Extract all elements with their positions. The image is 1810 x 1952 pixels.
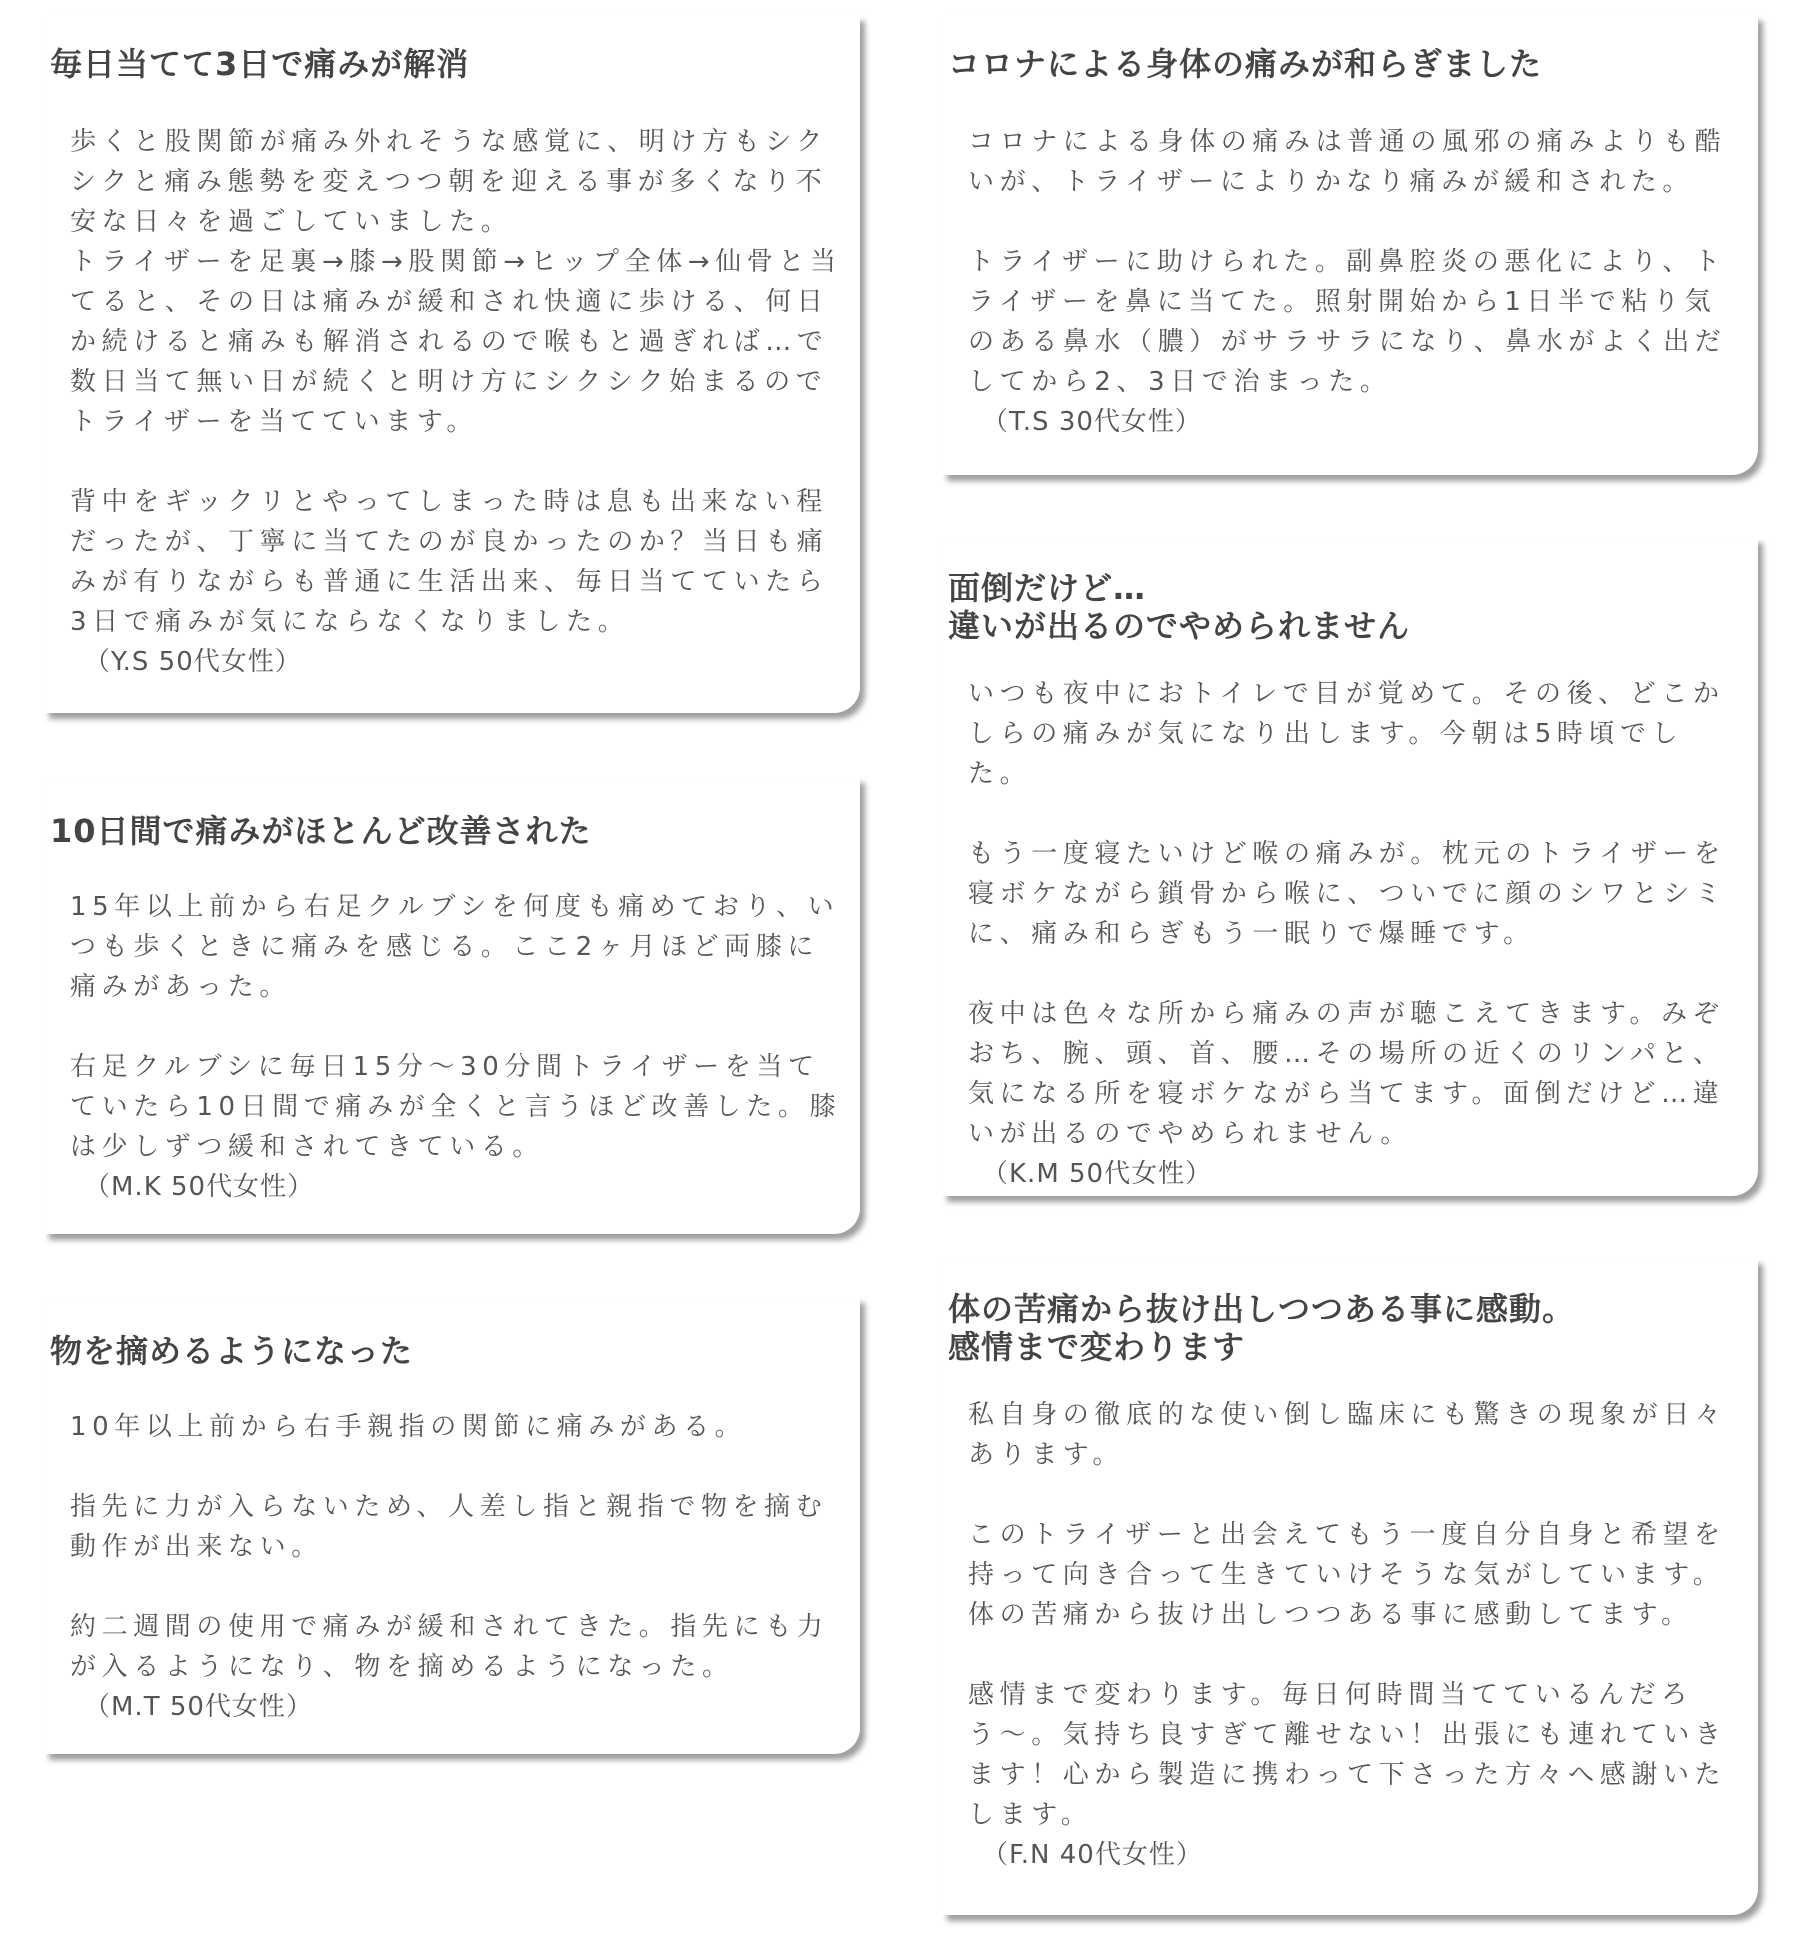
testimonial-paragraph: 夜中は色々な所から痛みの声が聴こえてきます。みぞおち、腕、頭、首、腰…その場所の… <box>968 994 1740 1154</box>
testimonial-paragraph: 指先に力が入らないため、人差し指と親指で物を摘む動作が出来ない。 <box>70 1487 842 1567</box>
testimonial-card: 10日間で痛みがほとんど改善された 15年以上前から右足クルブシを何度も痛めてお… <box>44 777 860 1234</box>
testimonial-body: 私自身の徹底的な使い倒し臨床にも驚きの現象が日々あります。 このトライザーと出会… <box>968 1395 1740 1875</box>
testimonial-author: （F.N 40代女性） <box>968 1835 1740 1875</box>
testimonial-paragraph: 背中をギックリとやってしまった時は息も出来ない程だったが、丁寧に当てたのが良かっ… <box>70 482 842 642</box>
testimonial-title: 物を摘めるようになった <box>50 1332 413 1370</box>
testimonial-card: 体の苦痛から抜け出しつつある事に感動。 感情まで変わります 私自身の徹底的な使い… <box>942 1258 1758 1915</box>
testimonial-body: 15年以上前から右足クルブシを何度も痛めており、いつも歩くときに痛みを感じる。こ… <box>70 887 842 1207</box>
testimonial-paragraph: 歩くと股関節が痛み外れそうな感覚に、明け方もシクシクと痛み態勢を変えつつ朝を迎え… <box>70 122 842 442</box>
testimonial-paragraph: トライザーに助けられた。副鼻腔炎の悪化により、トライザーを鼻に当てた。照射開始か… <box>968 242 1740 402</box>
testimonial-body: コロナによる身体の痛みは普通の風邪の痛みよりも酷いが、トライザーによりかなり痛み… <box>968 122 1740 442</box>
testimonial-body: いつも夜中におトイレで目が覚めて。その後、どこかしらの痛みが気になり出します。今… <box>968 674 1740 1194</box>
testimonial-author: （Y.S 50代女性） <box>70 642 842 682</box>
testimonial-card: 物を摘めるようになった 10年以上前から右手親指の関節に痛みがある。 指先に力が… <box>44 1297 860 1754</box>
testimonial-paragraph: 感情まで変わります。毎日何時間当てているんだろう〜。気持ち良すぎて離せない！出張… <box>968 1675 1740 1835</box>
testimonial-paragraph: 15年以上前から右足クルブシを何度も痛めており、いつも歩くときに痛みを感じる。こ… <box>70 887 842 1007</box>
testimonial-title: 体の苦痛から抜け出しつつある事に感動。 感情まで変わります <box>948 1290 1575 1366</box>
testimonial-card: 毎日当てて3日で痛みが解消 歩くと股関節が痛み外れそうな感覚に、明け方もシクシク… <box>44 15 860 713</box>
testimonial-paragraph: このトライザーと出会えてもう一度自分自身と希望を持って向き合って生きていけそうな… <box>968 1515 1740 1635</box>
testimonial-paragraph: いつも夜中におトイレで目が覚めて。その後、どこかしらの痛みが気になり出します。今… <box>968 674 1740 794</box>
testimonial-author: （M.T 50代女性） <box>70 1687 842 1727</box>
testimonial-card: コロナによる身体の痛みが和らぎました コロナによる身体の痛みは普通の風邪の痛みよ… <box>942 15 1758 475</box>
testimonial-body: 歩くと股関節が痛み外れそうな感覚に、明け方もシクシクと痛み態勢を変えつつ朝を迎え… <box>70 122 842 682</box>
testimonial-title: 10日間で痛みがほとんど改善された <box>50 812 592 850</box>
testimonial-card: 面倒だけど… 違いが出るのでやめられません いつも夜中におトイレで目が覚めて。そ… <box>942 537 1758 1196</box>
testimonial-paragraph: 約二週間の使用で痛みが緩和されてきた。指先にも力が入るようになり、物を摘めるよう… <box>70 1607 842 1687</box>
testimonial-title: 毎日当てて3日で痛みが解消 <box>50 45 469 83</box>
testimonial-paragraph: 右足クルブシに毎日15分〜30分間トライザーを当てていたら10日間で痛みが全くと… <box>70 1047 842 1167</box>
testimonial-author: （T.S 30代女性） <box>968 402 1740 442</box>
testimonial-paragraph: コロナによる身体の痛みは普通の風邪の痛みよりも酷いが、トライザーによりかなり痛み… <box>968 122 1740 202</box>
testimonial-title: 面倒だけど… 違いが出るのでやめられません <box>948 569 1410 645</box>
testimonial-paragraph: 10年以上前から右手親指の関節に痛みがある。 <box>70 1407 842 1447</box>
testimonial-paragraph: 私自身の徹底的な使い倒し臨床にも驚きの現象が日々あります。 <box>968 1395 1740 1475</box>
testimonial-body: 10年以上前から右手親指の関節に痛みがある。 指先に力が入らないため、人差し指と… <box>70 1407 842 1727</box>
testimonial-title: コロナによる身体の痛みが和らぎました <box>948 45 1542 83</box>
testimonial-paragraph: もう一度寝たいけど喉の痛みが。枕元のトライザーを寝ボケながら鎖骨から喉に、ついで… <box>968 834 1740 954</box>
testimonial-author: （M.K 50代女性） <box>70 1167 842 1207</box>
testimonial-author: （K.M 50代女性） <box>968 1154 1740 1194</box>
